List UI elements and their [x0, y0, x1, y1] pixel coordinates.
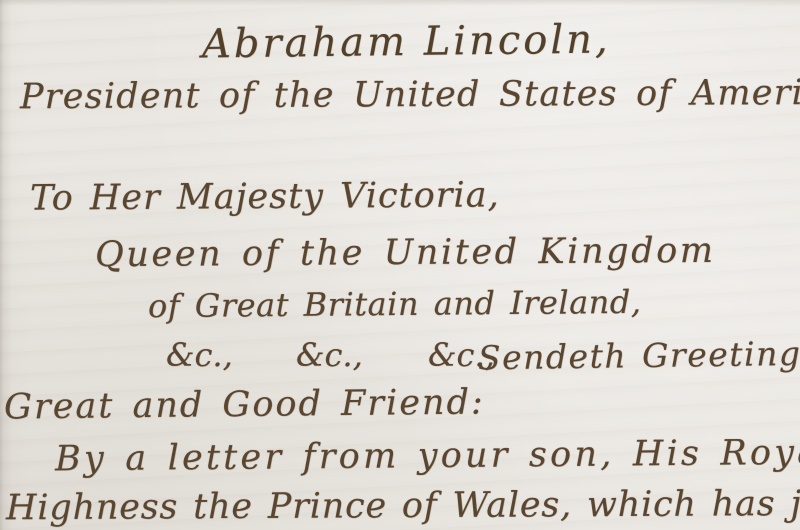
- manuscript-page: Abraham Lincoln, President of the United…: [0, 0, 800, 530]
- etcetera-greeting-line: &c., &c., &c., Sendeth Greeting!: [0, 338, 800, 388]
- address-realm-line-1: Queen of the United Kingdom: [95, 232, 716, 275]
- heading-author-line: Abraham Lincoln,: [202, 18, 611, 67]
- etcetera-mark-2: &c.,: [296, 338, 363, 373]
- body-line-2: Highness the Prince of Wales, which has …: [6, 485, 800, 528]
- address-recipient-line: To Her Majesty Victoria,: [30, 176, 500, 218]
- scan-edge-shadow: [0, 0, 800, 6]
- salutation-line: Great and Good Friend:: [4, 383, 485, 427]
- sendeth-greeting-text: Sendeth Greeting!: [478, 336, 800, 377]
- address-realm-line-2: of Great Britain and Ireland,: [148, 285, 642, 324]
- etcetera-mark-1: &c.,: [166, 338, 233, 373]
- heading-title-line: President of the United States of Americ…: [20, 74, 800, 117]
- body-line-1: By a letter from your son, His Royal: [55, 434, 800, 479]
